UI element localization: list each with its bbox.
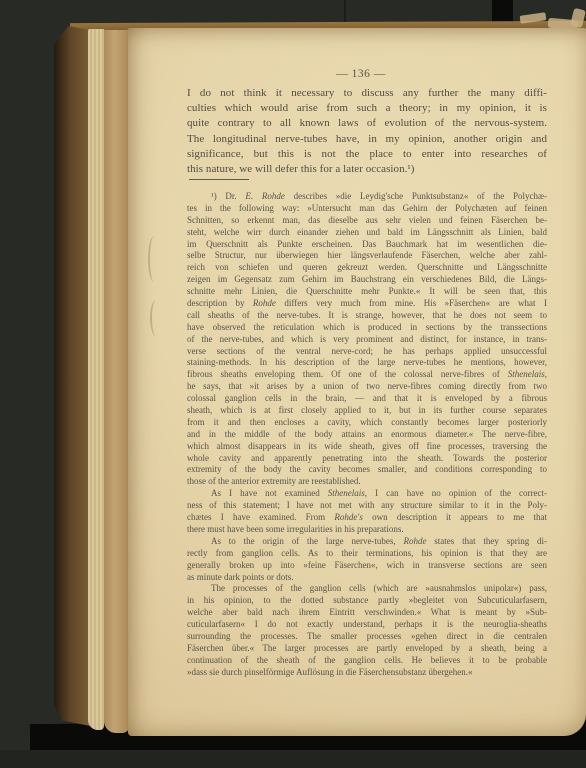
footnote-text-line: tes in the following way: »Untersucht ma… [187, 203, 547, 215]
backdrop-floor [0, 750, 586, 768]
footnote-text-line: extremity of the body the cavity becomes… [187, 464, 547, 476]
footnote-text-line: As to the origin of the large nerve-tube… [187, 536, 547, 548]
footnote-text-line: have observed the reticulation which is … [187, 322, 547, 334]
footnote-text-line: ¹) Dr. E. Rohde describes »die Leydig'sc… [187, 191, 547, 203]
footnote-paragraph: As to the origin of the large nerve-tube… [187, 536, 547, 584]
footnote-text-line: reich von schiefen und queren gekreuzt w… [187, 262, 547, 274]
footnote-text-line: he says, that »it arises by a union of t… [187, 381, 547, 393]
pencil-margin-mark [148, 236, 160, 282]
footnote-text-line: »dass sie durch pinselförmige Auflösung … [187, 667, 547, 679]
footnote-text-line: which almost disappears in its wide shea… [187, 441, 547, 453]
footnote-text-line: zeigen im Gegensatz zum Gehirn im Bauchs… [187, 274, 547, 286]
body-paragraph: I do not think it necessary to discuss a… [187, 86, 547, 177]
footnote-text-line: schnitte mehr Linien, die Querschnitte m… [187, 286, 547, 298]
book-page: — 136 — I do not think it necessary to d… [128, 28, 586, 736]
footnote-text-line: continuation of the sheath of the gangli… [187, 655, 547, 667]
footnote-text-line: generally broken up into »feine Fäserche… [187, 560, 547, 572]
body-text-line: significance, but this is not the place … [187, 147, 547, 162]
footnote-text-line: as minute dark points or dots. [187, 572, 547, 584]
footnote-text-line: Schnitten, so erkennt man, das dieselbe … [187, 215, 547, 227]
body-text-line: this nature, we will defer this for a la… [187, 162, 547, 177]
footnote-text-line: im Querschnitt als Punkte erscheinen. Da… [187, 239, 547, 251]
footnote-text-line: welche aber bald nach ihrem Eintritt ver… [187, 607, 547, 619]
page-edges-stack-light [88, 29, 104, 730]
page-number: — 136 — [187, 68, 535, 80]
body-text-line: quite contrary to all known laws of evol… [187, 116, 547, 131]
footnote-text-line: surrounding the processes. The smaller p… [187, 631, 547, 643]
body-text-line: culties which would arise from such a th… [187, 101, 547, 116]
footnote-text-line: Fäserchen über.« The larger processes ar… [187, 643, 547, 655]
footnote-text-line: selbe Structur, nur überwiegen hier läng… [187, 250, 547, 262]
book-cover-edge [54, 26, 90, 726]
footnote-text-line: ness of this statement; I have not met w… [187, 500, 547, 512]
footnote-text-line: there must have been some irregularities… [187, 524, 547, 536]
footnote-text-line: steht, welche wirr durch einander ziehen… [187, 227, 547, 239]
footnote-text-line: from it and then encloses a cavity, whic… [187, 417, 547, 429]
body-text-line: The longitudinal nerve-tubes have, in my… [187, 132, 547, 147]
footnote-text-line: colossal ganglion cells in the brain, — … [187, 393, 547, 405]
footnote-text-line: description by Rohde differs very much f… [187, 298, 547, 310]
footnote-text-line: rectly from ganglion cells. As to their … [187, 548, 547, 560]
pencil-margin-mark [150, 300, 162, 336]
footnote-separator [189, 179, 249, 180]
footnote-text-line: of the nerve-tubes, and which is very pr… [187, 334, 547, 346]
footnote-paragraph: ¹) Dr. E. Rohde describes »die Leydig'sc… [187, 191, 547, 488]
body-text-line: I do not think it necessary to discuss a… [187, 86, 547, 101]
footnote-text-line: sheath, which is at first closely applie… [187, 405, 547, 417]
footnote-paragraph: As I have not examined Sthenelais, I can… [187, 488, 547, 536]
footnote-paragraph: The processes of the ganglion cells (whi… [187, 583, 547, 678]
photograph-backdrop: — 136 — I do not think it necessary to d… [0, 0, 586, 768]
footnote-text-line: and in the middle of the body attains an… [187, 429, 547, 441]
footnote-text-line: verse sections of the ventral nerve-cord… [187, 346, 547, 358]
page-edges-stack-tan [104, 30, 130, 733]
footnote-text-line: in his opinion, to the dotted substance … [187, 595, 547, 607]
footnote-text-line: whole cavity and apparently penetrating … [187, 453, 547, 465]
footnote-text-line: those of the anterior extremity are rees… [187, 476, 547, 488]
footnote: ¹) Dr. E. Rohde describes »die Leydig'sc… [187, 191, 547, 679]
footnote-text-line: The processes of the ganglion cells (whi… [187, 583, 547, 595]
footnote-text-line: As I have not examined Sthenelais, I can… [187, 488, 547, 500]
footnote-text-line: call sheaths of the nerve-tubes. It is s… [187, 310, 547, 322]
footnote-text-line: cuticularfasern« I do not exactly unders… [187, 619, 547, 631]
footnote-text-line: staining-methods. In his description of … [187, 357, 547, 369]
footnote-text-line: fibrous sheaths enveloping them. Of one … [187, 369, 547, 381]
footnote-text-line: chætes I have examined. From Rohde's own… [187, 512, 547, 524]
